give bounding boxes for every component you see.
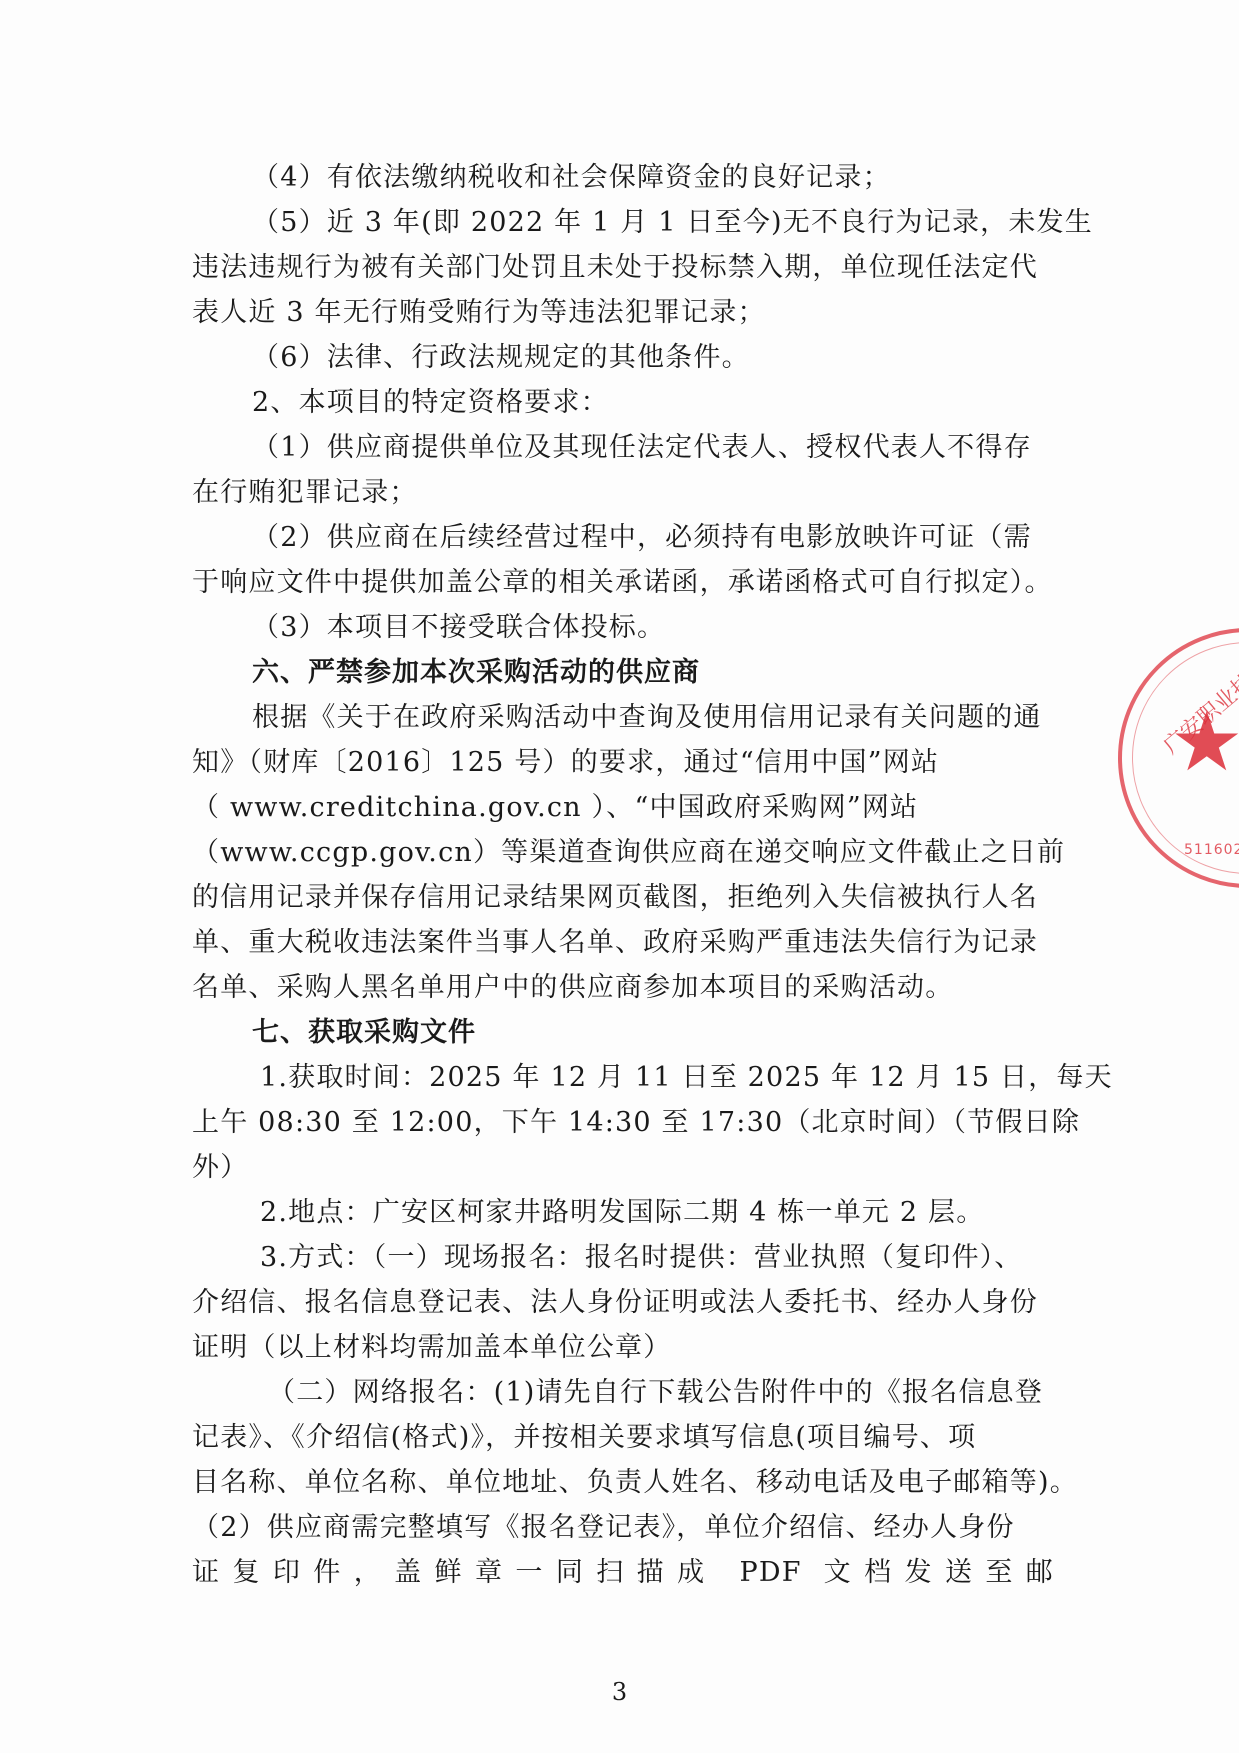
text-line: 违法违规行为被有关部门处罚且未处于投标禁入期，单位现任法定代 <box>192 250 1054 286</box>
text-line: （www.ccgp.gov.cn）等渠道查询供应商在递交响应文件截止之日前 <box>192 835 1054 871</box>
text-line: 2.地点：广安区柯家井路明发国际二期 4 栋一单元 2 层。 <box>260 1195 1054 1231</box>
text-line: （4）有依法缴纳税收和社会保障资金的良好记录； <box>252 160 1054 196</box>
text-line: （ www.creditchina.gov.cn ）、“中国政府采购网”网站 <box>192 790 1054 826</box>
text-line: 表人近 3 年无行贿受贿行为等违法犯罪记录； <box>192 295 1054 331</box>
text-line: 目名称、单位名称、单位地址、负责人姓名、移动电话及电子邮箱等)。 <box>192 1465 1054 1501</box>
section-heading-7: 七、获取采购文件 <box>252 1015 1054 1051</box>
text-line: 记表》、《介绍信(格式)》，并按相关要求填写信息(项目编号、项 <box>192 1420 1054 1456</box>
seal-code: 5116021 <box>1184 842 1239 858</box>
section-heading-6: 六、严禁参加本次采购活动的供应商 <box>252 655 1054 691</box>
text-line: 于响应文件中提供加盖公章的相关承诺函，承诺函格式可自行拟定）。 <box>192 565 1054 601</box>
text-line: 的信用记录并保存信用记录结果网页截图，拒绝列入失信被执行人名 <box>192 880 1054 916</box>
text-line: （5）近 3 年(即 2022 年 1 月 1 日至今)无不良行为记录，未发生 <box>252 205 1054 241</box>
text-line: （2）供应商需完整填写《报名登记表》，单位介绍信、经办人身份 <box>192 1510 1054 1546</box>
text-line: （1）供应商提供单位及其现任法定代表人、授权代表人不得存 <box>252 430 1054 466</box>
text-line: （3）本项目不接受联合体投标。 <box>252 610 1054 646</box>
text-line: 知》（财库〔2016〕125 号）的要求，通过“信用中国”网站 <box>192 745 1054 781</box>
text-line: 1.获取时间：2025 年 12 月 11 日至 2025 年 12 月 15 … <box>260 1060 1054 1096</box>
text-line: 根据《关于在政府采购活动中查询及使用信用记录有关问题的通 <box>252 700 1054 736</box>
text-line: （二）网络报名：(1)请先自行下载公告附件中的《报名信息登 <box>268 1375 1054 1411</box>
text-line: 上午 08:30 至 12:00，下午 14:30 至 17:30（北京时间）（… <box>192 1105 1054 1141</box>
text-line: （6）法律、行政法规规定的其他条件。 <box>252 340 1054 376</box>
text-line: 单、重大税收违法案件当事人名单、政府采购严重违法失信行为记录 <box>192 925 1054 961</box>
text-line: 介绍信、报名信息登记表、法人身份证明或法人委托书、经办人身份 <box>192 1285 1054 1321</box>
star-icon: ★ <box>1170 702 1239 784</box>
text-line: 证复印件，盖鲜章一同扫描成 PDF 文档发送至邮 <box>192 1555 1054 1591</box>
text-line: 在行贿犯罪记录； <box>192 475 1054 511</box>
text-line: 名单、采购人黑名单用户中的供应商参加本项目的采购活动。 <box>192 970 1054 1006</box>
text-line: 外） <box>192 1150 1054 1186</box>
document-page: （4）有依法缴纳税收和社会保障资金的良好记录； （5）近 3 年(即 2022 … <box>0 0 1239 1753</box>
text-line: 证明（以上材料均需加盖本单位公章） <box>192 1330 1054 1366</box>
text-line: 3.方式：（一）现场报名：报名时提供：营业执照（复印件）、 <box>260 1240 1054 1276</box>
text-line: （2）供应商在后续经营过程中，必须持有电影放映许可证（需 <box>252 520 1054 556</box>
page-number: 3 <box>0 1678 1239 1706</box>
official-seal: 广安职业技术学院资产 ★ 5116021 <box>1118 628 1239 888</box>
text-line: 2、本项目的特定资格要求： <box>252 385 1054 421</box>
